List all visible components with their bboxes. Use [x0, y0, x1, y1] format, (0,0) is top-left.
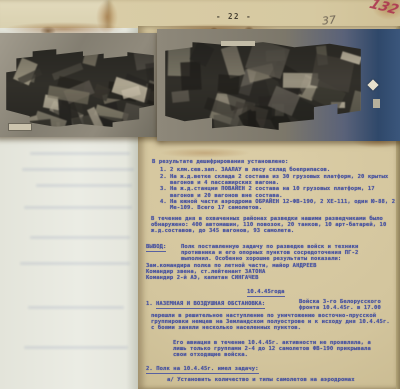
item-text: На ж.д.станции ПОВАЙЕН 2 состава на 10 г… [170, 186, 396, 198]
aerial-photo-mosaic-left [0, 33, 164, 137]
findings-list: 1. 2 клм.сев.зап. ЗААЛАУ в лесу склад бо… [160, 167, 396, 212]
item-number: 2. [160, 174, 170, 186]
list-item: 3. На ж.д.станции ПОВАЙЕН 2 состава на 1… [160, 186, 396, 198]
daily-summary-paragraph: В течение дня в охваченных районах разве… [151, 216, 397, 234]
item-number: 3. [160, 186, 170, 198]
section1-paragraph: перешли в решительное наступление по уни… [151, 313, 391, 331]
report-intro-line: В результате дешифрирования установлено: [152, 159, 394, 165]
section1-heading: 1. НАЗЕМНАЯ И ВОЗДУШНАЯ ОБСТАНОВКА: [146, 301, 296, 309]
section-number: 1. [146, 301, 156, 309]
text-showthrough [24, 346, 128, 349]
archive-page-photo: - 22 - 37 132 В результате дешифрировани… [0, 0, 400, 389]
section2-task-a: а/ Установить количество и типы самолето… [167, 377, 395, 383]
text-showthrough [36, 184, 132, 187]
item-text: 2 клм.сев.зап. ЗААЛАУ в лесу склад боепр… [170, 167, 396, 173]
photo-mosaic-left-imagery [6, 49, 154, 127]
photo-margin-mark [373, 99, 380, 108]
item-text: На южной части аэродрома ОБРАЙЕН 12-ФВ-1… [170, 199, 396, 211]
photo-fragment [308, 121, 337, 141]
map-diamond-marker [367, 79, 378, 90]
conclusion-label: ВЫВОД: [146, 244, 166, 250]
text-showthrough [30, 236, 130, 239]
commended-officer: Командир 2-й АЭ, капитан СИНГАЧЕВ [146, 275, 396, 281]
photo-shading [165, 42, 361, 130]
pencil-folio-number: 37 [321, 13, 336, 27]
aerial-photo-mosaic-right [157, 29, 400, 141]
list-item: 2. На ж.д.ветке склада 2 состава из 30 г… [160, 174, 396, 186]
text-showthrough [24, 206, 132, 209]
item-number: 1. [160, 167, 170, 173]
date-heading: 10.4.45года [247, 289, 285, 295]
photo-fragment [313, 105, 335, 128]
text-showthrough [30, 152, 130, 155]
text-showthrough [20, 262, 130, 265]
text-showthrough [22, 168, 134, 171]
page-number: - 22 - [216, 12, 252, 21]
list-item: 4. На южной части аэродрома ОБРАЙЕН 12-Ф… [160, 199, 396, 211]
photo-caption-label [221, 41, 255, 46]
section2-heading: 2. Полк на 10.4.45г. имел задачу: [146, 366, 259, 372]
photo-shading [6, 49, 154, 127]
photo-mosaic-right-imagery [165, 42, 361, 130]
item-text: На ж.д.ветке склада 2 состава из 30 груз… [170, 174, 396, 186]
section1-paragraph2: Его авиация в течение 10.4.45г. активнос… [173, 340, 385, 358]
conclusion-paragraph: Полк поставленную задачу по разведке вой… [181, 244, 391, 262]
section1-lead: Войска 3-го Белорусского фронта 10.4.45г… [299, 299, 395, 311]
photo-caption-label [8, 123, 32, 131]
list-item: 1. 2 клм.сев.зап. ЗААЛАУ в лесу склад бо… [160, 167, 396, 173]
item-number: 4. [160, 199, 170, 211]
section-title: НАЗЕМНАЯ И ВОЗДУШНАЯ ОБСТАНОВКА: [156, 301, 265, 309]
text-showthrough [28, 306, 124, 309]
